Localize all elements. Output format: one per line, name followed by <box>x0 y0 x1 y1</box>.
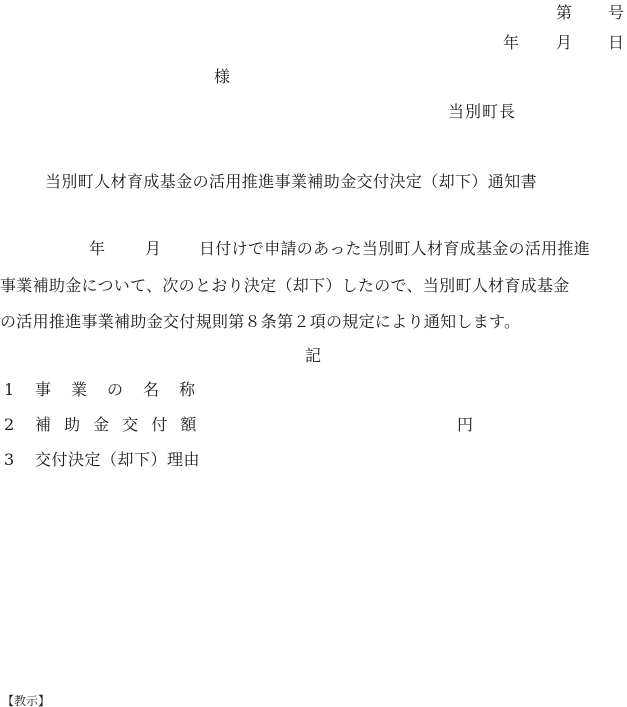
document-title: 当別町人材育成基金の活用推進事業補助金交付決定（却下）通知書 <box>45 173 537 191</box>
footer-kyoji: 【教示】 <box>2 692 50 707</box>
body-line1: 日付けで申請のあった当別町人材育成基金の活用推進 <box>199 240 590 258</box>
item-label: 交付決定（却下）理由 <box>35 451 200 469</box>
item-number: 3 <box>4 451 14 469</box>
body-month: 月 <box>145 240 161 258</box>
item-label: 補 助 金 交 付 額 <box>35 416 200 434</box>
item-number: 2 <box>4 416 14 434</box>
body-line2: 事業補助金について、次のとおり決定（却下）したので、当別町人材育成基金 <box>0 277 570 295</box>
sender-name: 当別町長 <box>448 103 516 121</box>
item-number: 1 <box>4 381 14 399</box>
number-dai: 第 <box>556 4 572 22</box>
body-line3: の活用推進事業補助金交付規則第８条第２項の規定により通知します。 <box>0 313 520 331</box>
item-value-yen: 円 <box>457 416 473 434</box>
body-year: 年 <box>89 240 105 258</box>
date-year: 年 <box>503 34 519 52</box>
item-label: 事 業 の 名 称 <box>35 381 197 399</box>
number-go: 号 <box>608 4 624 22</box>
ki-heading: 記 <box>305 347 321 365</box>
addressee-honorific: 様 <box>214 68 230 86</box>
date-day: 日 <box>608 34 624 52</box>
date-month: 月 <box>556 34 572 52</box>
